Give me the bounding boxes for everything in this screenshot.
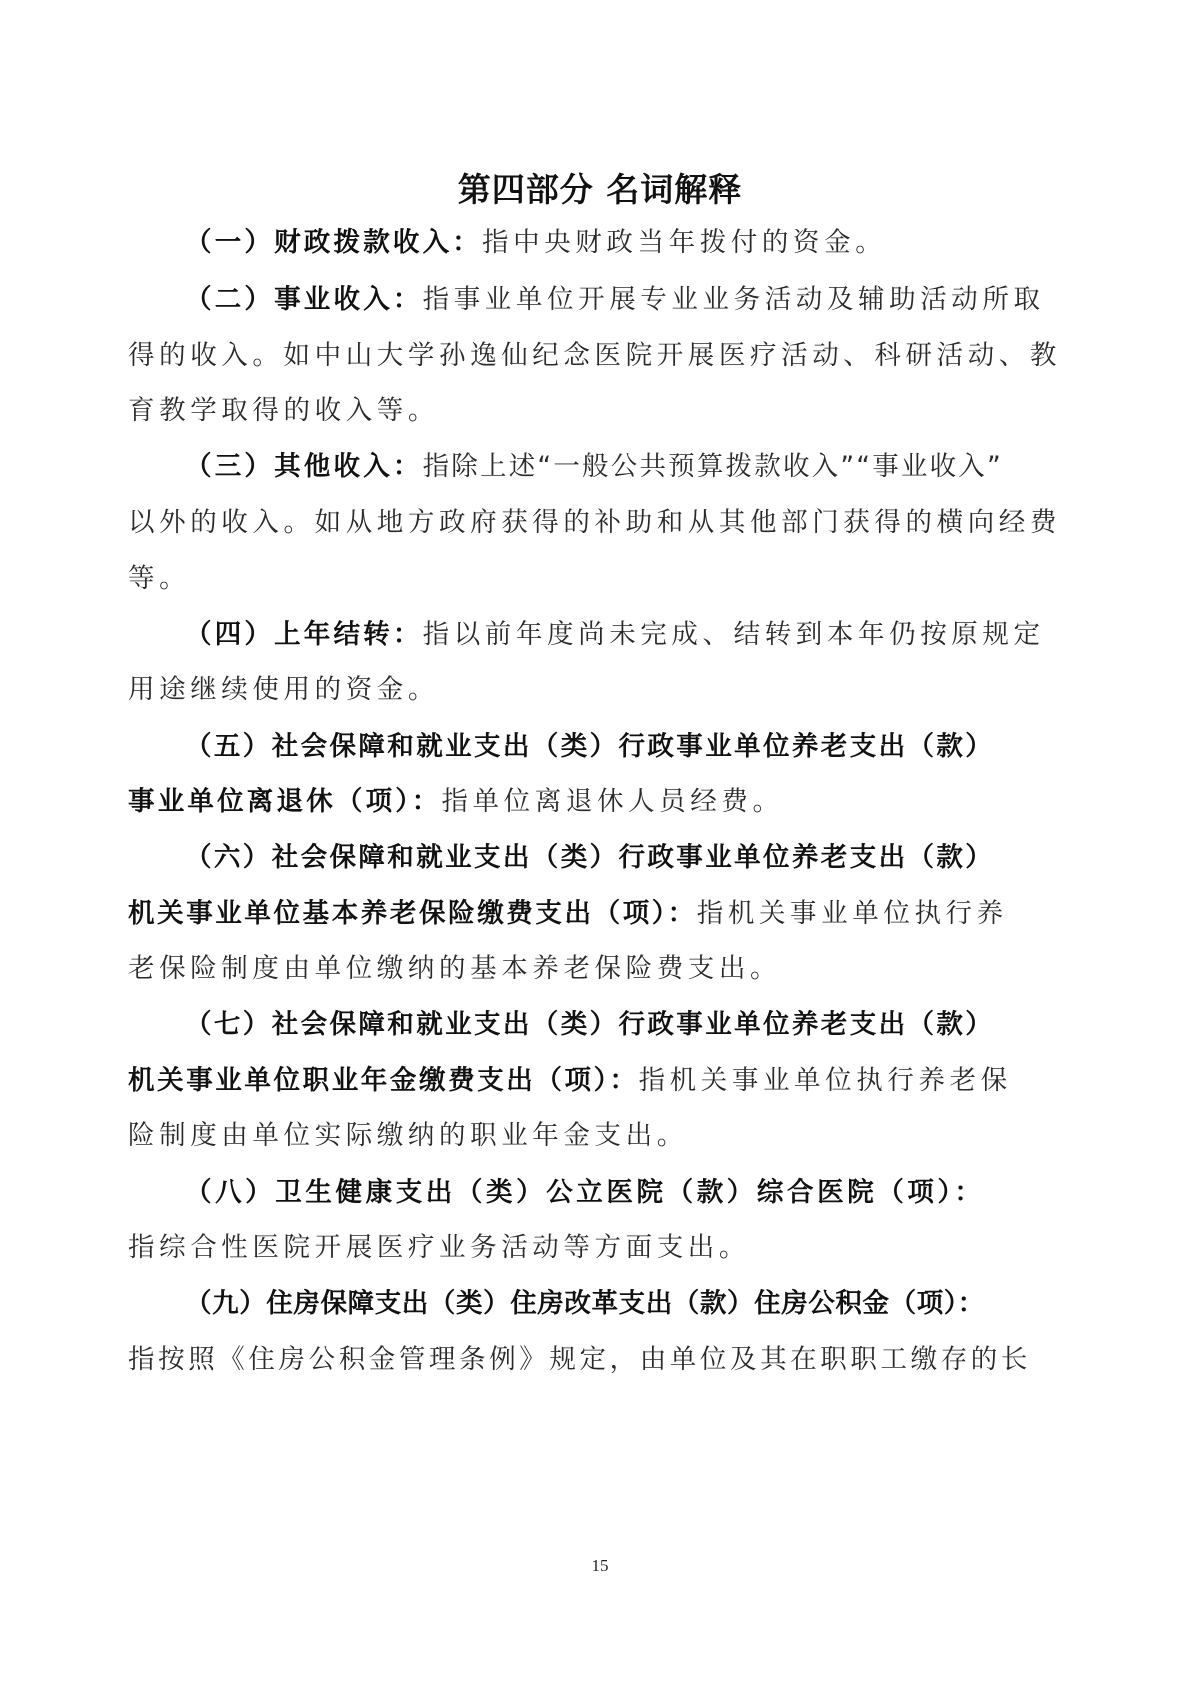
definition-line: 育教学取得的收入等。 (128, 391, 1078, 431)
definition-line: 机关事业单位职业年金缴费支出（项）：指机关事业单位执行养老保 (128, 1061, 1078, 1101)
definition-text: 用途继续使用的资金。 (128, 674, 439, 705)
definition-line: （一）财政拨款收入：指中央财政当年拨付的资金。 (185, 223, 1078, 263)
definition-line: （五）社会保障和就业支出（类）行政事业单位养老支出（款） (185, 727, 1078, 767)
definition-text: 指事业单位开展专业业务活动及辅助活动所取 (423, 284, 1045, 315)
definition-line: 以外的收入。如从地方政府获得的补助和从其他部门获得的横向经费 (128, 503, 1078, 543)
definition-text: 育教学取得的收入等。 (128, 395, 439, 426)
definition-text: 险制度由单位实际缴纳的职业年金支出。 (128, 1120, 688, 1151)
term: （八）卫生健康支出（类）公立医院（款）综合医院（项）： (185, 1177, 984, 1208)
term: （七）社会保障和就业支出（类）行政事业单位养老支出（款） (185, 1009, 994, 1040)
term: （四）上年结转： (185, 619, 423, 650)
definition-text: 老保险制度由单位缴纳的基本养老保险费支出。 (128, 953, 781, 984)
term: （一）财政拨款收入： (185, 227, 482, 258)
definition-line: 用途继续使用的资金。 (128, 670, 1078, 710)
definition-line: （六）社会保障和就业支出（类）行政事业单位养老支出（款） (185, 838, 1078, 878)
definition-line: 等。 (128, 559, 1078, 599)
term: 机关事业单位基本养老保险缴费支出（项）： (128, 898, 697, 929)
definition-line: 指综合性医院开展医疗业务活动等方面支出。 (128, 1228, 1078, 1268)
definition-text: 指除上述“一般公共预算拨款收入”“事业收入” (423, 451, 1003, 482)
term: （五）社会保障和就业支出（类）行政事业单位养老支出（款） (185, 731, 994, 762)
definition-line: 得的收入。如中山大学孙逸仙纪念医院开展医疗活动、科研活动、教 (128, 336, 1078, 376)
term: （二）事业收入： (185, 284, 423, 315)
definition-line: （八）卫生健康支出（类）公立医院（款）综合医院（项）： (185, 1173, 1078, 1213)
definition-text: 指综合性医院开展医疗业务活动等方面支出。 (128, 1232, 750, 1263)
definition-line: 事业单位离退休（项）：指单位离退休人员经费。 (128, 782, 1078, 822)
definition-line: （四）上年结转：指以前年度尚未完成、结转到本年仍按原规定 (185, 615, 1078, 655)
definition-text: 指以前年度尚未完成、结转到本年仍按原规定 (423, 619, 1045, 650)
definition-text: 指按照《住房公积金管理条例》规定，由单位及其在职职工缴存的长 (128, 1344, 1031, 1375)
definition-line: 机关事业单位基本养老保险缴费支出（项）：指机关事业单位执行养 (128, 894, 1078, 934)
definition-text: 指机关事业单位执行养老保 (639, 1065, 1012, 1096)
definition-line: （二）事业收入：指事业单位开展专业业务活动及辅助活动所取 (185, 280, 1078, 320)
definition-text: 指单位离退休人员经费。 (441, 786, 783, 817)
term: 事业单位离退休（项）： (128, 786, 441, 817)
document-page: 第四部分 名词解释 （一）财政拨款收入：指中央财政当年拨付的资金。 （二）事业收… (0, 0, 1200, 1697)
definition-text: 指中央财政当年拨付的资金。 (482, 227, 886, 258)
page-number: 15 (0, 1556, 1200, 1576)
term: （六）社会保障和就业支出（类）行政事业单位养老支出（款） (185, 842, 994, 873)
definition-line: 指按照《住房公积金管理条例》规定，由单位及其在职职工缴存的长 (128, 1340, 1078, 1380)
definition-line: 老保险制度由单位缴纳的基本养老保险费支出。 (128, 949, 1078, 989)
definition-text: 指机关事业单位执行养 (697, 898, 1008, 929)
term: 机关事业单位职业年金缴费支出（项）： (128, 1065, 639, 1096)
term: （三）其他收入： (185, 451, 423, 482)
page-title: 第四部分 名词解释 (0, 164, 1200, 211)
definition-text: 得的收入。如中山大学孙逸仙纪念医院开展医疗活动、科研活动、教 (128, 340, 1061, 371)
definition-line: （三）其他收入：指除上述“一般公共预算拨款收入”“事业收入” (185, 447, 1078, 487)
definition-line: （七）社会保障和就业支出（类）行政事业单位养老支出（款） (185, 1005, 1078, 1045)
definition-text: 以外的收入。如从地方政府获得的补助和从其他部门获得的横向经费 (128, 507, 1061, 538)
definition-line: 险制度由单位实际缴纳的职业年金支出。 (128, 1116, 1078, 1156)
definition-text: 等。 (128, 563, 190, 594)
term: （九）住房保障支出（类）住房改革支出（款）住房公积金（项）： (185, 1288, 985, 1319)
definition-line: （九）住房保障支出（类）住房改革支出（款）住房公积金（项）： (185, 1284, 1078, 1324)
